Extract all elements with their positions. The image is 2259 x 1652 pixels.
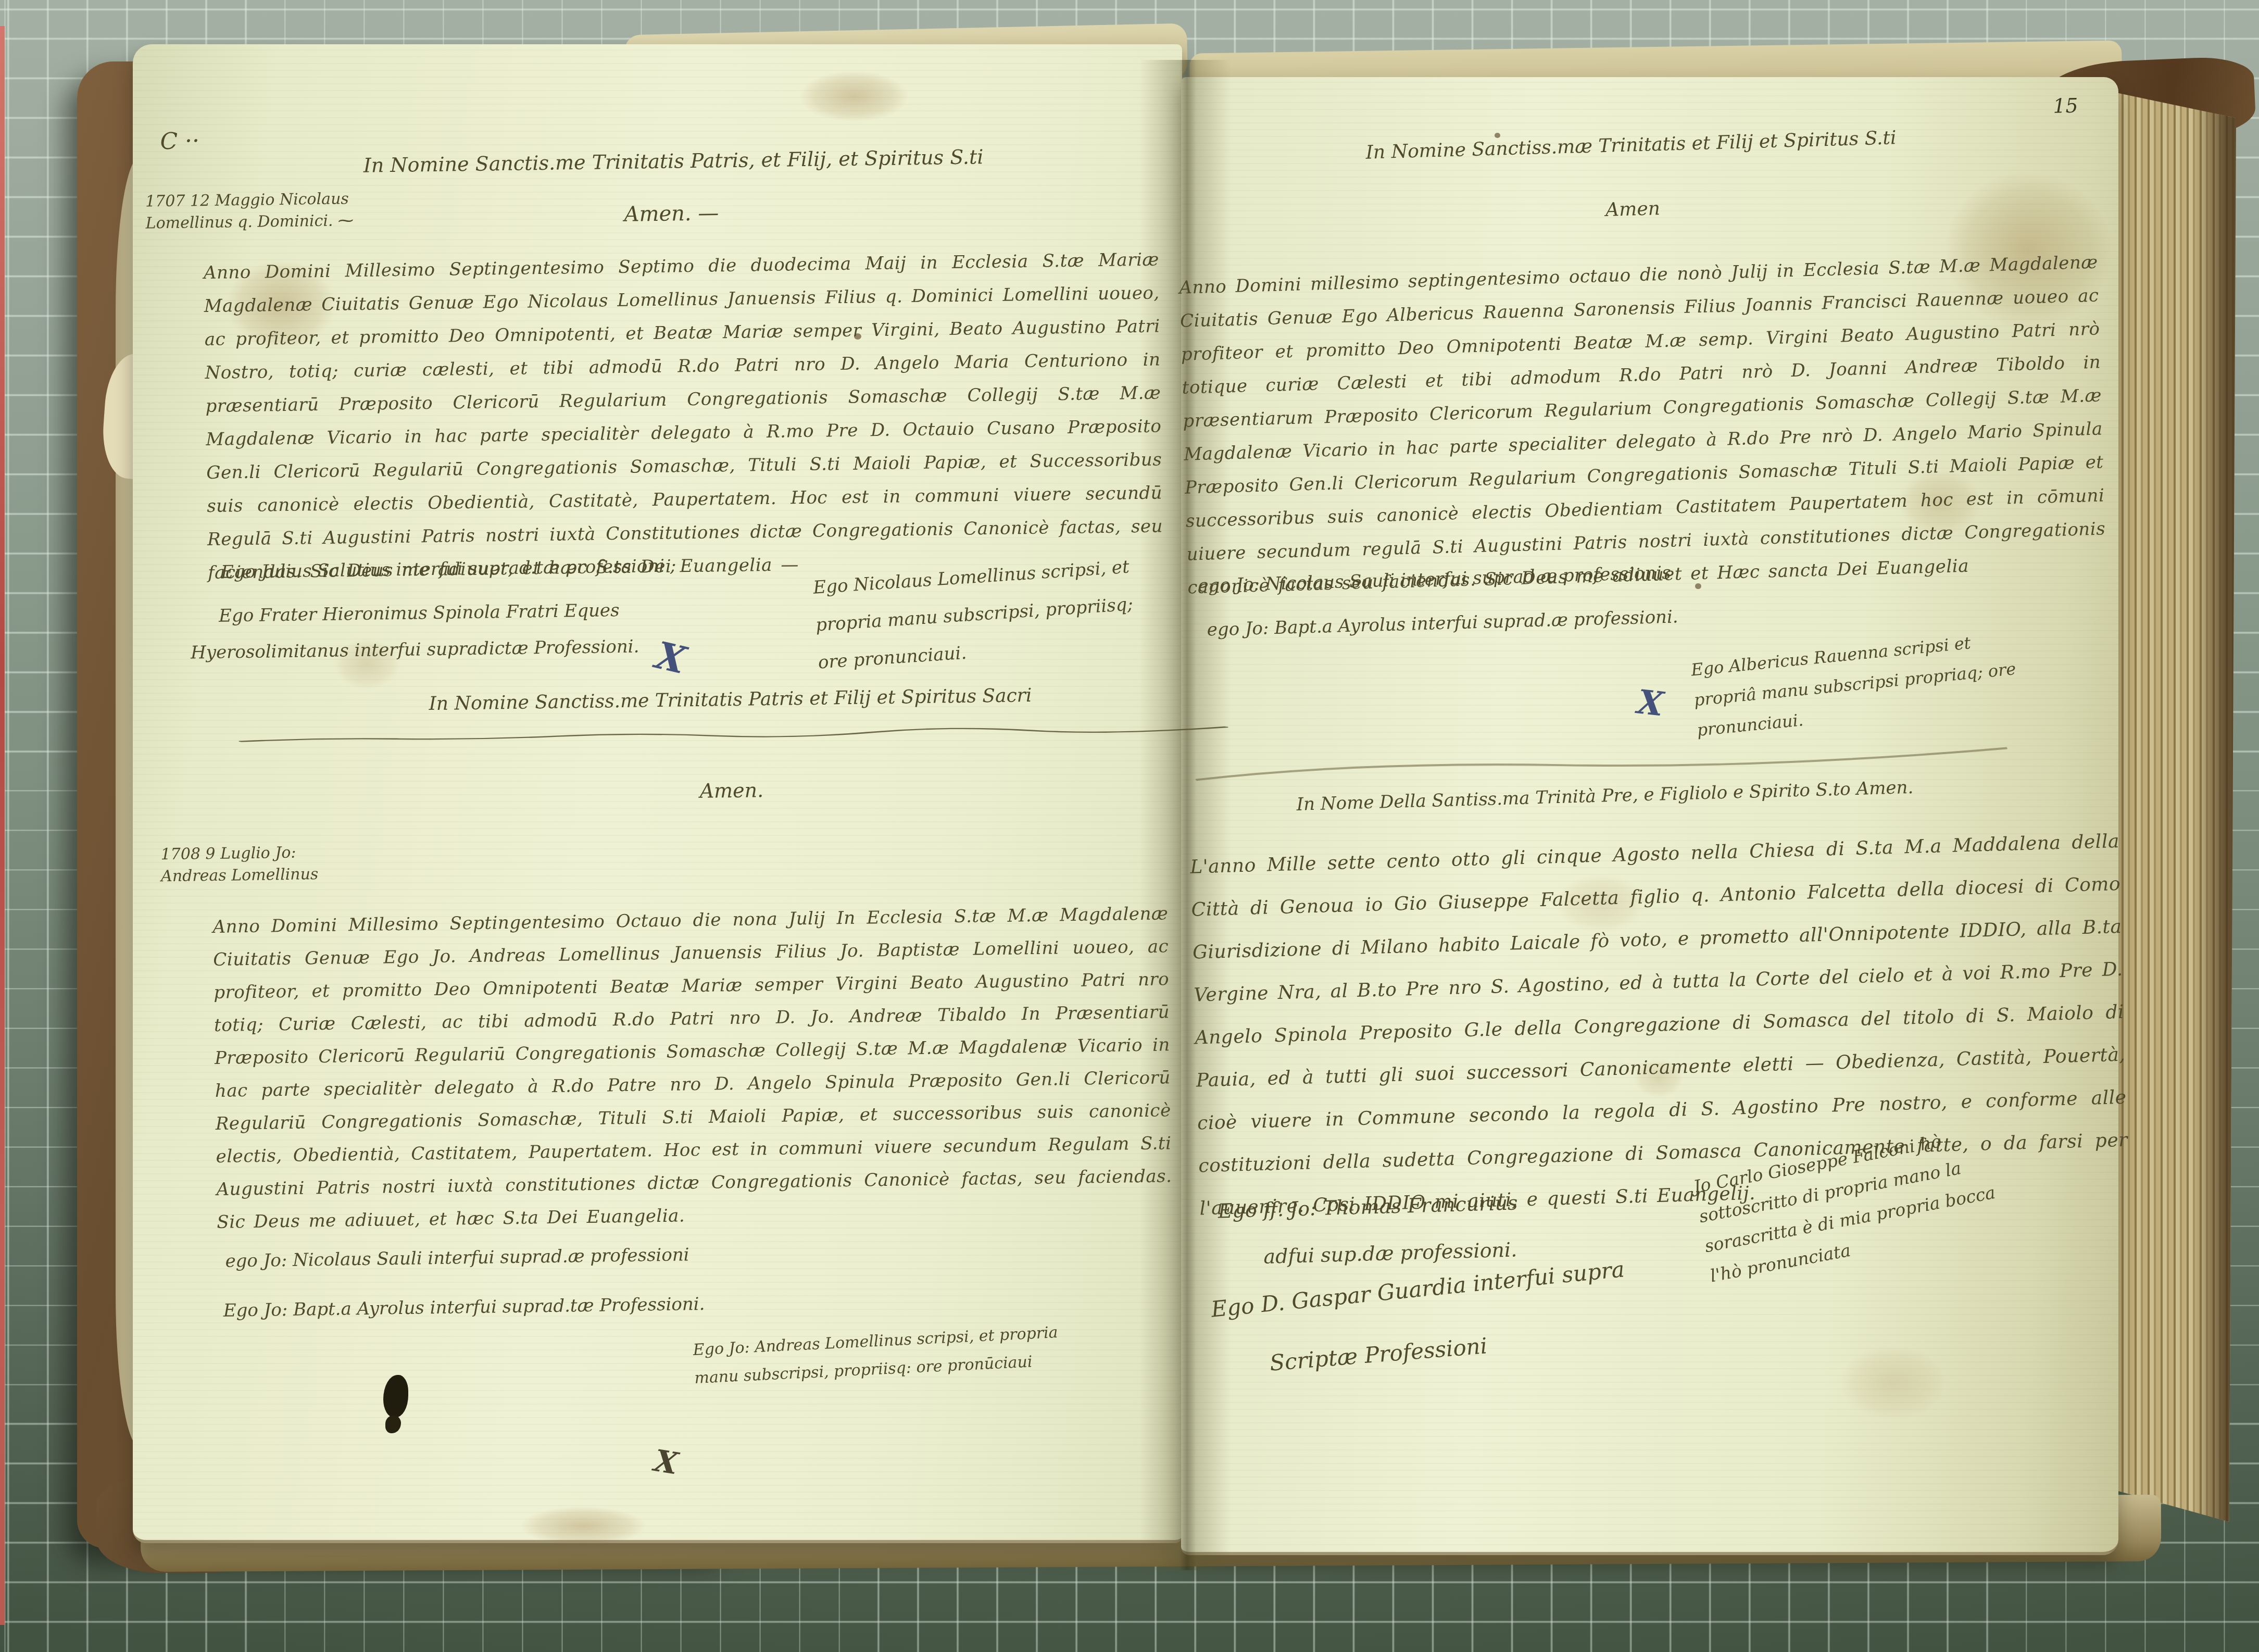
- witness-line: Ego Jo: Bapt.a Ayrolus interfui suprad.t…: [223, 1294, 705, 1321]
- signature-cross-mark: X: [651, 633, 690, 683]
- entry-amen: Amen. —: [343, 197, 1000, 231]
- witness-line: ego Jo: Nicolaus Sauli interfui suprad.æ…: [225, 1244, 689, 1271]
- right-page-text-layer: 15 In Nomine Sanctiss.mæ Trinitatis et F…: [1161, 64, 2139, 1565]
- folio-mark: C ··: [160, 128, 199, 155]
- entry-header: In Nome Della Santiss.ma Trinità Pre, e …: [1269, 776, 1941, 816]
- margin-note: 1708 9 Luglio Jo: Andreas Lomellinus: [160, 841, 390, 887]
- manuscript-photo-scene: C ·· 1707 12 Maggio Nicolaus Lomellinus …: [0, 0, 2259, 1652]
- witness-line: ego Jo: Bapt.a Ayrolus interfui suprad.æ…: [1207, 606, 1678, 640]
- entry-body: Anno Domini Millesimo Septingentesimo Oc…: [212, 897, 1173, 1239]
- entry-header: In Nomine Sanctiss.mæ Trinitatis et Fili…: [1329, 126, 1934, 164]
- professed-signature: Ego Nicolaus Lomellinus scripsi, et prop…: [812, 546, 1165, 682]
- signature-cross-mark: X: [1636, 682, 1666, 724]
- entry-header: In Nomine Sanctis.me Trinitatis Patris, …: [327, 145, 1020, 178]
- witness-line: Ego Frater Hieronimus Spinola Fratri Equ…: [219, 600, 620, 627]
- page-number: 15: [2053, 94, 2079, 118]
- entry-body: Anno Domini Millesimo Septingentesimo Se…: [204, 243, 1164, 590]
- professed-signature: Ego Jo: Andreas Lomellinus scripsi, et p…: [693, 1313, 1166, 1393]
- entry-amen: Amen.: [383, 774, 1081, 807]
- professed-signature: Ego Albericus Rauenna scripsi et propriâ…: [1689, 622, 2038, 745]
- signature-cross-mark: X: [652, 1443, 681, 1481]
- entry-body: Anno Domini millesimo septingentesimo oc…: [1179, 246, 2107, 605]
- witness-line: Hyerosolimitanus interfui supradictæ Pro…: [191, 636, 639, 663]
- entry-amen: Amen: [1331, 190, 1935, 228]
- witness-line: Scriptæ Professioni: [1269, 1333, 1488, 1375]
- mat-left-red-edge: [0, 26, 5, 1625]
- left-page-text-layer: C ·· 1707 12 Maggio Nicolaus Lomellinus …: [122, 37, 1193, 1547]
- entry-header: In Nomine Sanctiss.me Trinitatis Patris …: [381, 684, 1079, 716]
- witness-line: adfui sup.dæ professioni.: [1263, 1238, 1517, 1268]
- entry-divider-line: [239, 723, 1228, 745]
